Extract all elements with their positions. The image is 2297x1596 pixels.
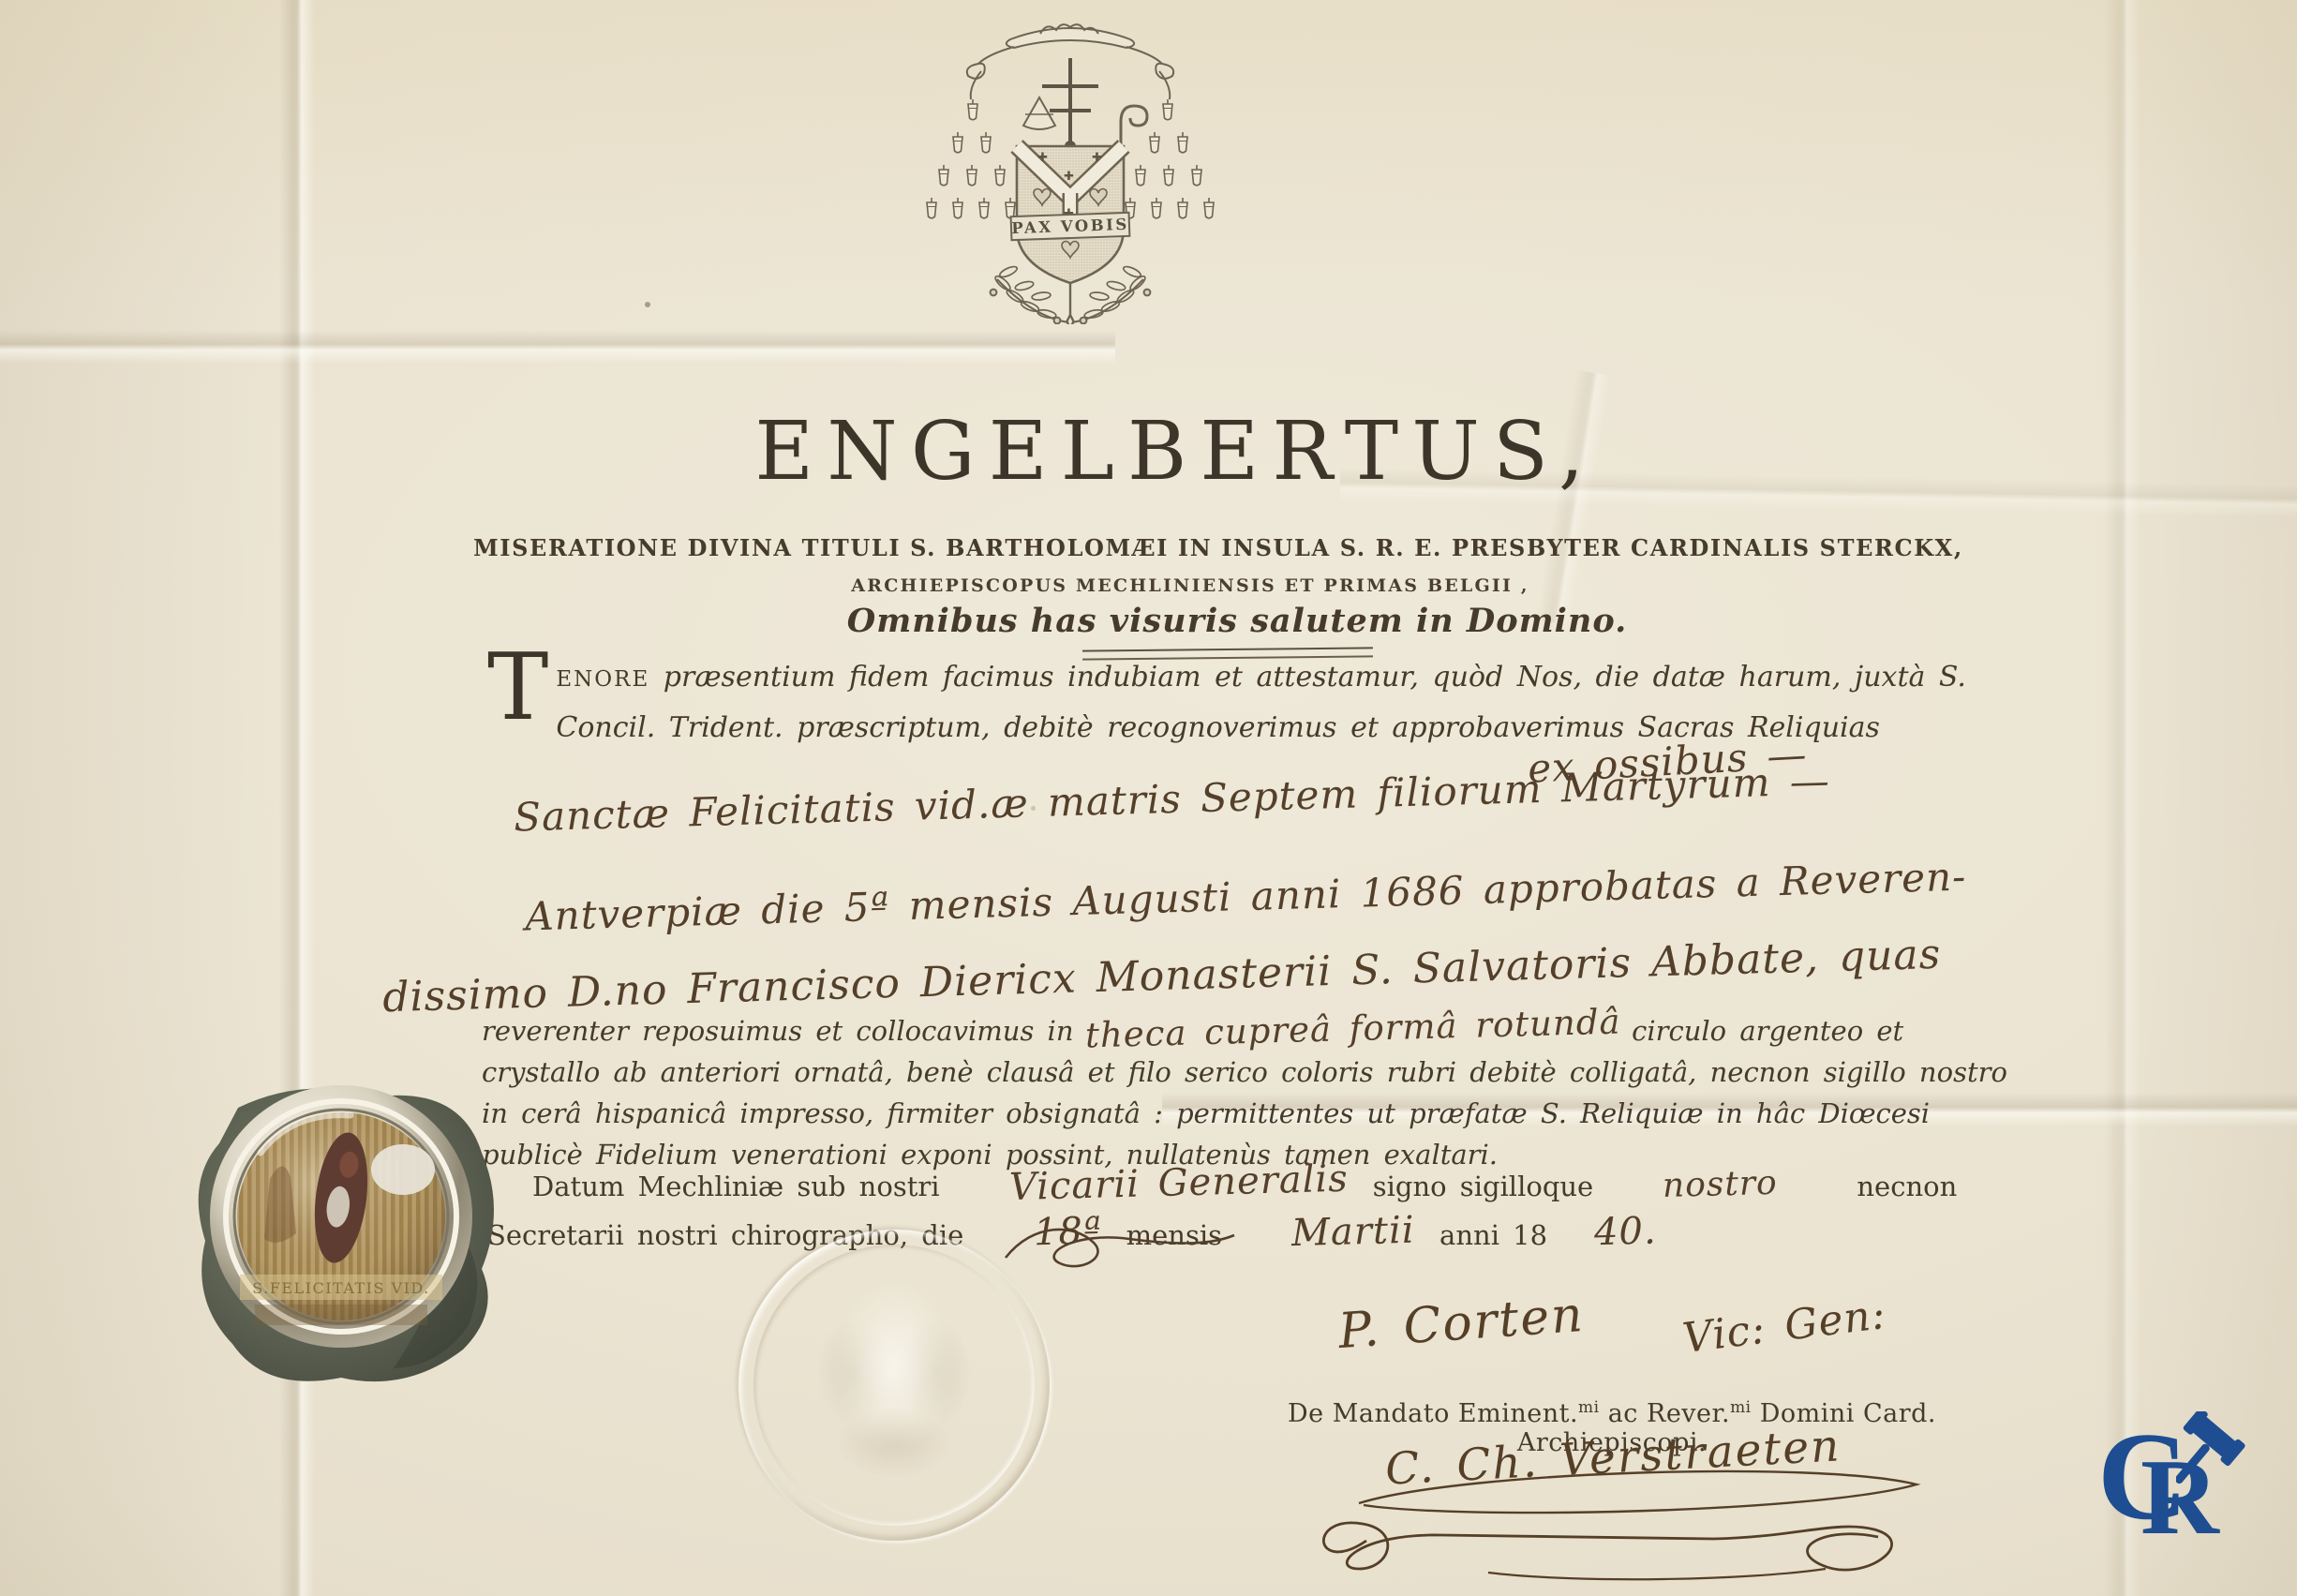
fold-crease-vertical-right (2105, 0, 2140, 1596)
embossed-seal (738, 1230, 1050, 1541)
signature-vicar-title: Vic: Gen: (1680, 1290, 1888, 1363)
handwritten-year: 40. (1549, 1231, 1657, 1233)
tenore-smallcaps: ENORE (556, 667, 649, 692)
mandate-b: ac Rever. (1600, 1399, 1730, 1428)
drop-cap-t: T (487, 653, 556, 723)
paragraph-reverenter: reverenter reposuimus et collocavimus in… (482, 1010, 2023, 1175)
paper-speck (645, 302, 650, 307)
paragraph-tenore-text: præsentium fidem facimus indubiam et att… (556, 661, 1966, 744)
parchment-patch (371, 1144, 435, 1195)
subtitle-line-2: ARCHIEPISCOPUS MECHLINIENSIS ET PRIMAS B… (394, 575, 1987, 596)
datum-print-b: signo sigilloque (1373, 1171, 1594, 1202)
paragraph-datum: Datum Mechliniæ sub nostri Vicarii Gener… (487, 1162, 2020, 1260)
mitre (1023, 97, 1055, 129)
wax-seal-with-reliquary: S.FELICITATIS VID. (180, 1066, 514, 1404)
document-title: ENGELBERTUS, (590, 405, 1762, 499)
shield: ✚ ✚ ✚ ✚ PAX VOBIS (1011, 146, 1130, 283)
gavel-icon (2176, 1411, 2270, 1496)
cross-patty: ✚ (1064, 170, 1074, 184)
cross-patty: ✚ (1092, 151, 1102, 165)
relic-label: S.FELICITATIS VID. (240, 1275, 442, 1325)
handwritten-nostro: nostro (1618, 1184, 1778, 1187)
cross-patty: ✚ (1037, 151, 1048, 165)
document-photo: ✚ ✚ ✚ ✚ PAX VOBIS (0, 0, 2297, 1596)
subtitle-line-1: MISERATIONE DIVINA TITULI S. BARTHOLOMÆI… (394, 534, 2043, 561)
signature-vicar-general: P. Corten (1336, 1287, 1586, 1360)
datum-print-a: Datum Mechliniæ sub nostri (532, 1171, 940, 1202)
handwritten-line-sanctae: Sanctæ Felicitatis vid.æ matris Septem f… (514, 757, 1831, 840)
paragraph-reverenter-a: reverenter reposuimus et collocavimus in (482, 1015, 1074, 1047)
signature-paraph-flourish (1301, 1483, 1957, 1595)
relic-label-text: S.FELICITATIS VID. (252, 1279, 430, 1297)
mandate-sup: mi (1578, 1398, 1600, 1417)
handwritten-day: 18ª (989, 1231, 1102, 1233)
double-cross (1042, 58, 1098, 150)
salutation-line: Omnibus has visuris salutem in Domino. (440, 602, 2034, 640)
handwritten-line-dissimo: dissimo D.no Francisco Diericx Monasteri… (382, 931, 1942, 1022)
mandate-sup: mi (1730, 1398, 1752, 1417)
motto-banner: PAX VOBIS (1011, 213, 1130, 240)
datum-print-e: anni 18 (1439, 1219, 1547, 1251)
cardinal-coat-of-arms: ✚ ✚ ✚ ✚ PAX VOBIS (892, 6, 1248, 328)
embossed-seal-arms (774, 1265, 1014, 1505)
handwritten-month: Martii (1246, 1231, 1415, 1235)
handwritten-theca: theca cupreâ formâ rotundâ (1085, 1022, 1620, 1037)
handwritten-vicarii-generalis: Vicarii Generalis (964, 1179, 1349, 1189)
fold-crease-horizontal-left (0, 330, 1115, 364)
tassels-right (1126, 99, 1214, 218)
handwritten-line-antverpiae: Antverpiæ die 5ª mensis Augusti anni 168… (525, 854, 1967, 940)
crozier (1121, 106, 1147, 146)
datum-print-d: mensis (1126, 1219, 1222, 1251)
tassels-left (927, 99, 1015, 218)
cr-auction-logo: C R (2097, 1417, 2285, 1558)
mandate-a: De Mandato Eminent. (1288, 1399, 1578, 1428)
